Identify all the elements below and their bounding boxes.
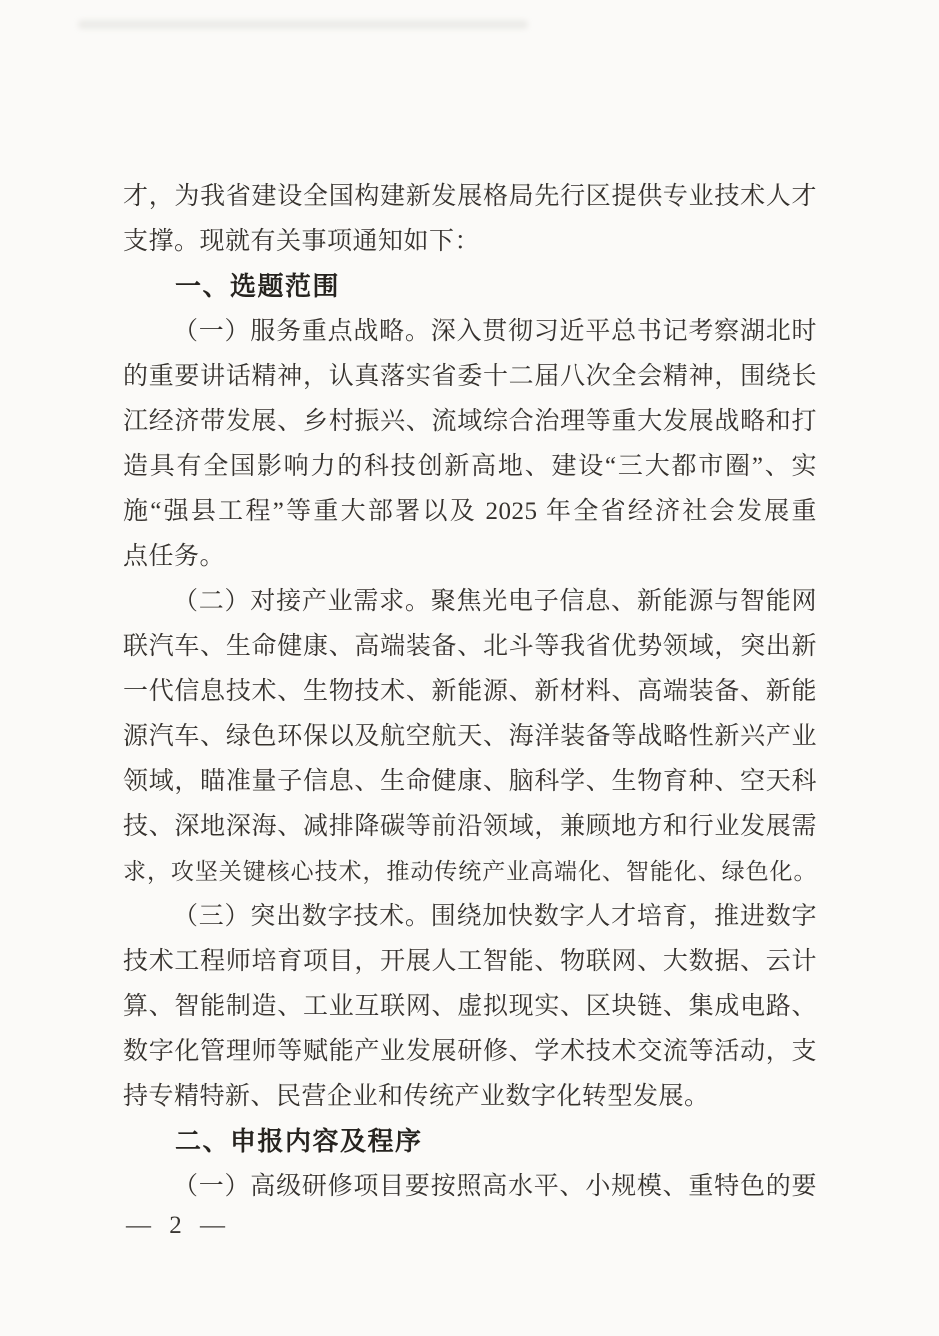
document-lines: 才，为我省建设全国构建新发展格局先行区提供专业技术人才支撑。现就有关事项通知如下… bbox=[123, 174, 817, 1209]
document-page: 才，为我省建设全国构建新发展格局先行区提供专业技术人才支撑。现就有关事项通知如下… bbox=[0, 0, 939, 1336]
text-line: （一）高级研修项目要按照高水平、小规模、重特色的要 bbox=[123, 1164, 817, 1209]
text-line: 数字化管理师等赋能产业发展研修、学术技术交流等活动，支 bbox=[123, 1029, 817, 1074]
text-line: 支撑。现就有关事项通知如下： bbox=[123, 219, 817, 264]
text-line: 领域，瞄准量子信息、生命健康、脑科学、生物育种、空天科 bbox=[123, 759, 817, 804]
section-heading: 一、选题范围 bbox=[123, 264, 817, 309]
text-line: （二）对接产业需求。聚焦光电子信息、新能源与智能网 bbox=[123, 579, 817, 624]
text-line: （三）突出数字技术。围绕加快数字人才培育，推进数字 bbox=[123, 894, 817, 939]
page-number: — 2 — bbox=[126, 1212, 227, 1240]
text-line: 源汽车、绿色环保以及航空航天、海洋装备等战略性新兴产业 bbox=[123, 714, 817, 759]
text-line: 持专精特新、民营企业和传统产业数字化转型发展。 bbox=[123, 1074, 817, 1119]
text-line: 技术工程师培育项目，开展人工智能、物联网、大数据、云计 bbox=[123, 939, 817, 984]
text-line: 算、智能制造、工业互联网、虚拟现实、区块链、集成电路、 bbox=[123, 984, 817, 1029]
text-line: 造具有全国影响力的科技创新高地、建设“三大都市圈”、实 bbox=[123, 444, 817, 489]
text-line: （一）服务重点战略。深入贯彻习近平总书记考察湖北时 bbox=[123, 309, 817, 354]
text-line: 联汽车、生命健康、高端装备、北斗等我省优势领域，突出新 bbox=[123, 624, 817, 669]
text-line: 才，为我省建设全国构建新发展格局先行区提供专业技术人才 bbox=[123, 174, 817, 219]
text-line: 一代信息技术、生物技术、新能源、新材料、高端装备、新能 bbox=[123, 669, 817, 714]
text-line: 江经济带发展、乡村振兴、流域综合治理等重大发展战略和打 bbox=[123, 399, 817, 444]
text-line: 点任务。 bbox=[123, 534, 817, 579]
text-line: 施“强县工程”等重大部署以及 2025 年全省经济社会发展重 bbox=[123, 489, 817, 534]
scan-artifact bbox=[78, 20, 528, 29]
section-heading: 二、申报内容及程序 bbox=[123, 1119, 817, 1164]
text-line: 技、深地深海、减排降碳等前沿领域，兼顾地方和行业发展需 bbox=[123, 804, 817, 849]
text-line: 求，攻坚关键核心技术，推动传统产业高端化、智能化、绿色化。 bbox=[123, 849, 817, 894]
text-line: 的重要讲话精神，认真落实省委十二届八次全会精神，围绕长 bbox=[123, 354, 817, 399]
